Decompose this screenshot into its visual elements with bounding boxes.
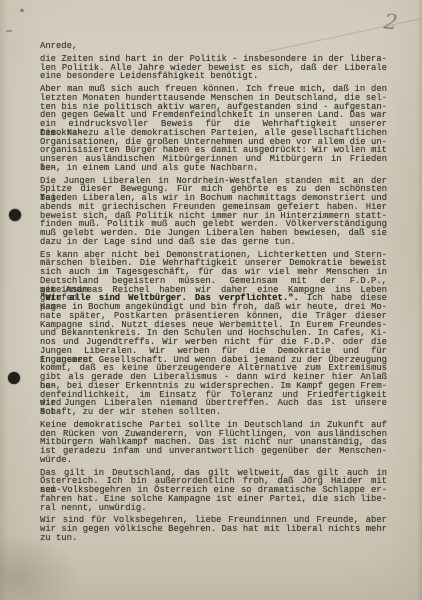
punch-hole-bottom	[8, 372, 20, 384]
letter-line: würde.	[40, 456, 387, 465]
letter-line: ral nennt, unwürdig.	[40, 504, 387, 513]
letter-line: ist geradezu infam und unverantwortlich …	[40, 447, 387, 456]
paragraph: Aber man muß sich auch freuen können. Ic…	[40, 85, 387, 173]
pencil-speck	[6, 30, 12, 33]
paragraph: Anrede,	[40, 42, 387, 51]
paragraph: Es kann aber nicht bei Demonstrationen, …	[40, 251, 387, 417]
paragraph: Keine demokratische Partei sollte in Deu…	[40, 421, 387, 465]
letter-line: ben, in einem Land und als gute Nachbarn…	[40, 164, 387, 173]
handwritten-page-number: 2	[383, 9, 399, 34]
letter-line: eine besondere Leidensfähigkeit benötigt…	[40, 72, 387, 81]
scanned-letter-page: 2 Anrede,die Zeiten sind hart in der Pol…	[0, 0, 422, 600]
letter-line: schaft, zu der wir stehen sollten.	[40, 408, 387, 417]
punch-hole-top	[9, 209, 21, 221]
paragraph: die Zeiten sind hart in der Politik - in…	[40, 55, 387, 81]
paragraph: Wir sind für Volksbegehren, liebe Freund…	[40, 516, 387, 542]
letter-line: wir sin gegen völkische Begehren. Das ha…	[40, 525, 387, 534]
letter-line: Anrede,	[40, 42, 387, 51]
letter-body: Anrede,die Zeiten sind hart in der Polit…	[40, 42, 387, 547]
pencil-speck	[20, 8, 25, 12]
paragraph: Das gilt in Deutschland, das gilt weltwe…	[40, 469, 387, 513]
paragraph: Die Jungen Liberalen in Nordrhein-Westfa…	[40, 177, 387, 247]
letter-line: zu tun.	[40, 534, 387, 543]
letter-line: dazu in der Lage sind und daß sie das ge…	[40, 238, 387, 247]
